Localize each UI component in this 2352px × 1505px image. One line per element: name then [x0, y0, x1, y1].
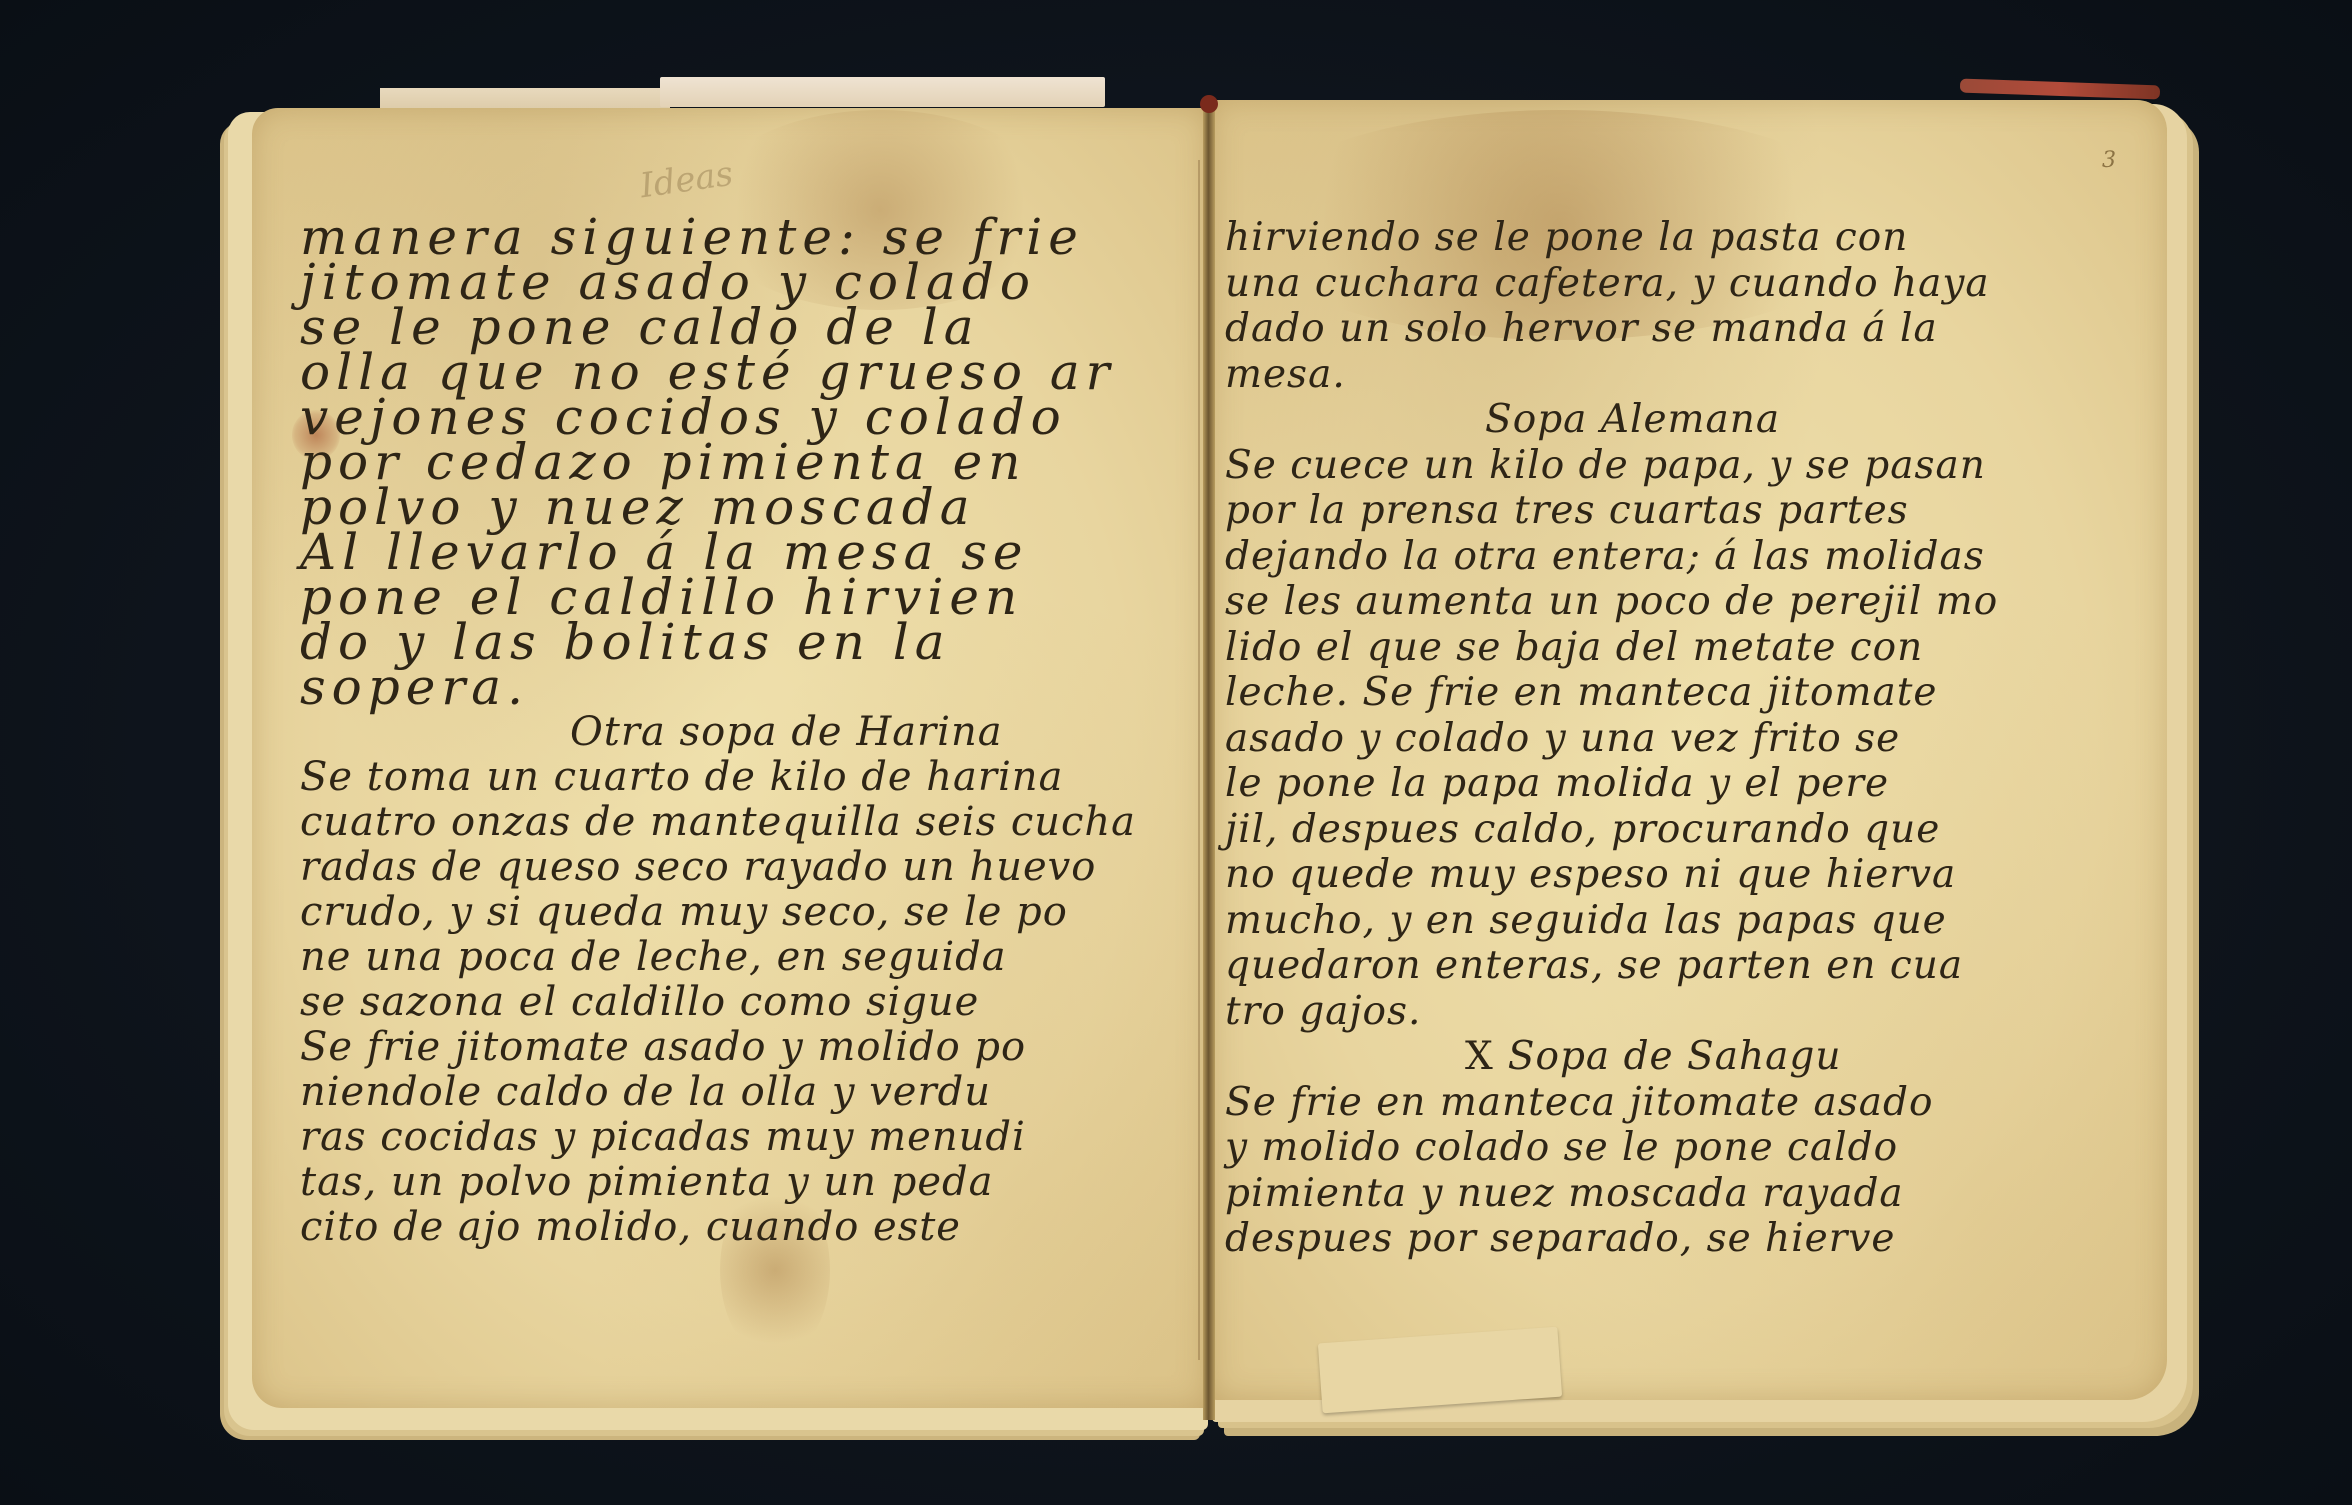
- binding-thread: [1200, 95, 1218, 113]
- text-line: cuatro onzas de mantequilla seis cucha: [300, 800, 1200, 845]
- text-line: Se frie en manteca jitomate asado: [1225, 1080, 2155, 1126]
- text-line: y molido colado se le pone caldo: [1225, 1125, 2155, 1171]
- right-page-text: hirviendo se le pone la pasta con una cu…: [1225, 215, 2155, 1262]
- text-line: lido el que se baja del metate con: [1225, 625, 2155, 671]
- left-page-text: manera siguiente: se frie jitomate asado…: [300, 215, 1200, 1250]
- text-line: una cuchara cafetera, y cuando haya: [1225, 261, 2155, 307]
- text-line: asado y colado y una vez frito se: [1225, 716, 2155, 762]
- recipe-heading-sopa-alemana: Sopa Alemana: [1225, 397, 2155, 443]
- text-line: radas de queso seco rayado un huevo: [300, 845, 1200, 890]
- text-line: mesa.: [1225, 352, 2155, 398]
- text-line: cito de ajo molido, cuando este: [300, 1205, 1200, 1250]
- text-line: Se toma un cuarto de kilo de harina: [300, 755, 1200, 800]
- text-line: pimienta y nuez moscada rayada: [1225, 1171, 2155, 1217]
- text-line: mucho, y en seguida las papas que: [1225, 898, 2155, 944]
- text-line: jil, despues caldo, procurando que: [1225, 807, 2155, 853]
- text-line: hirviendo se le pone la pasta con: [1225, 215, 2155, 261]
- text-line: tro gajos.: [1225, 989, 2155, 1035]
- text-line: no quede muy espeso ni que hierva: [1225, 852, 2155, 898]
- text-line: dejando la otra entera; á las molidas: [1225, 534, 2155, 580]
- text-line: se sazona el caldillo como sigue: [300, 980, 1200, 1025]
- book-spine: [1203, 100, 1215, 1420]
- text-line: quedaron enteras, se parten en cua: [1225, 943, 2155, 989]
- recipe-heading: Otra sopa de Harina: [300, 710, 1200, 755]
- text-line: ne una poca de leche, en seguida: [300, 935, 1200, 980]
- text-line: ras cocidas y picadas muy menudi: [300, 1115, 1200, 1160]
- text-line: Se frie jitomate asado y molido po: [300, 1025, 1200, 1070]
- text-line: crudo, y si queda muy seco, se le po: [300, 890, 1200, 935]
- text-line: por la prensa tres cuartas partes: [1225, 488, 2155, 534]
- paper-slip-tab: [660, 77, 1105, 107]
- text-line: dado un solo hervor se manda á la: [1225, 306, 2155, 352]
- text-line: tas, un polvo pimienta y un peda: [300, 1160, 1200, 1205]
- text-line: sopera.: [300, 665, 1200, 710]
- heading-label: Sopa de Sahagu: [1508, 1034, 1842, 1079]
- text-line: niendole caldo de la olla y verdu: [300, 1070, 1200, 1115]
- text-line: Se cuece un kilo de papa, y se pasan: [1225, 443, 2155, 489]
- text-line: le pone la papa molida y el pere: [1225, 761, 2155, 807]
- text-line: se les aumenta un poco de perejil mo: [1225, 579, 2155, 625]
- x-mark-icon: X: [1465, 1034, 1494, 1079]
- recipe-heading-sopa-de-sahagu: XSopa de Sahagu: [1225, 1034, 2155, 1080]
- page-number: 3: [2102, 148, 2116, 173]
- text-line: leche. Se frie en manteca jitomate: [1225, 670, 2155, 716]
- text-line: despues por separado, se hierve: [1225, 1216, 2155, 1262]
